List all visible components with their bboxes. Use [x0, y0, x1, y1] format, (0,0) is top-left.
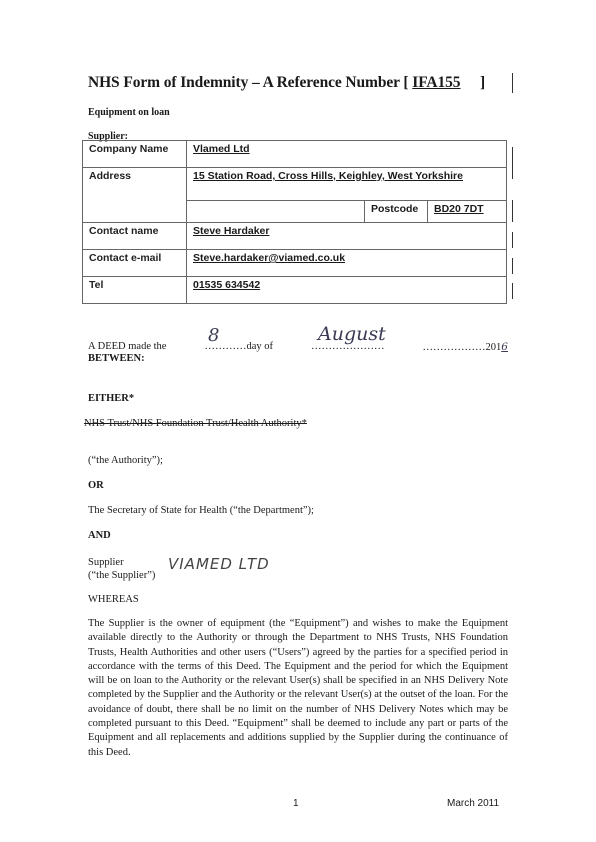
- or-heading: OR: [88, 480, 104, 491]
- margin-change-bar: [512, 73, 513, 93]
- authority-definition: (“the Authority”);: [88, 455, 163, 466]
- title-prefix: NHS Form of Indemnity – A Reference Numb…: [88, 74, 412, 91]
- between-heading: BETWEEN:: [88, 353, 508, 364]
- supplier-party-label: Supplier: [88, 557, 124, 568]
- handwritten-supplier-name: VIAMED LTD: [168, 555, 270, 573]
- secretary-of-state: The Secretary of State for Health (“the …: [88, 505, 314, 516]
- and-heading: AND: [88, 530, 111, 541]
- supplier-definition: (“the Supplier”): [88, 570, 155, 581]
- table-row: Contact e-mail Steve.hardaker@viamed.co.…: [83, 250, 507, 277]
- year-blank: ………………: [423, 342, 486, 353]
- contact-email-value: Steve.hardaker@viamed.co.uk: [187, 250, 507, 277]
- footer-date: March 2011: [447, 798, 499, 809]
- postcode-value: BD20 7DT: [428, 201, 507, 223]
- subheading: Equipment on loan: [88, 107, 170, 118]
- table-row: Company Name Vlamed Ltd: [83, 141, 507, 168]
- deed-text: A DEED made the: [88, 341, 166, 353]
- page-number: 1: [293, 798, 299, 809]
- table-row: Address 15 Station Road, Cross Hills, Ke…: [83, 168, 507, 201]
- margin-change-bar: [512, 283, 513, 299]
- reference-number: IFA155: [412, 74, 460, 91]
- page-title: NHS Form of Indemnity – A Reference Numb…: [88, 74, 460, 92]
- deed-date-line: A DEED made the …………day of ………………… ………………: [88, 341, 508, 353]
- handwritten-day: 8: [208, 325, 219, 346]
- either-heading: EITHER*: [88, 393, 134, 404]
- contact-email-label: Contact e-mail: [83, 250, 187, 277]
- margin-change-bar: [512, 258, 513, 274]
- address-value: 15 Station Road, Cross Hills, Keighley, …: [187, 168, 507, 201]
- address-label: Address: [83, 168, 187, 223]
- whereas-paragraph: The Supplier is the owner of equipment (…: [88, 617, 508, 760]
- table-row: Tel 01535 634542: [83, 277, 507, 304]
- handwritten-month: August: [318, 323, 386, 345]
- deed-statement: A DEED made the …………day of ………………… ………………: [88, 341, 508, 364]
- contact-name-value: Steve Hardaker: [187, 223, 507, 250]
- margin-change-bar: [512, 232, 513, 248]
- margin-change-bar: [512, 147, 513, 179]
- year-prefix: 201: [486, 342, 502, 353]
- nhs-trust-struck: NHS Trust/NHS Foundation Trust/Health Au…: [84, 418, 307, 429]
- company-name-label: Company Name: [83, 141, 187, 168]
- postcode-spacer: [187, 201, 365, 223]
- company-name-value: Vlamed Ltd: [187, 141, 507, 168]
- tel-label: Tel: [83, 277, 187, 304]
- title-bracket: ]: [480, 74, 485, 92]
- contact-name-label: Contact name: [83, 223, 187, 250]
- whereas-heading: WHEREAS: [88, 594, 139, 605]
- day-text: day of: [246, 341, 273, 352]
- supplier-table: Company Name Vlamed Ltd Address 15 Stati…: [82, 140, 507, 304]
- margin-change-bar: [512, 200, 513, 222]
- handwritten-year-digit: 6: [501, 341, 508, 353]
- tel-value: 01535 634542: [187, 277, 507, 304]
- postcode-label: Postcode: [365, 201, 428, 223]
- table-row: Contact name Steve Hardaker: [83, 223, 507, 250]
